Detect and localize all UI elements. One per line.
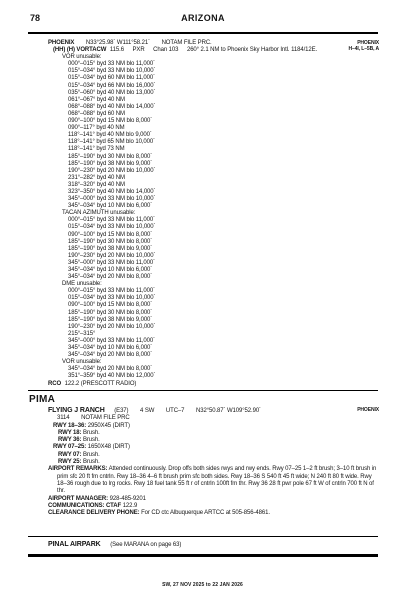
restriction-line: TACAN AZIMUTH unusable: [28, 210, 379, 217]
restriction-line: 345°–034° byd 20 NM blo 8,000´ [28, 352, 379, 359]
restriction-line: 185°–190° byd 38 NM blo 9,000´ [28, 246, 379, 253]
restriction-line: VOR unusable: [28, 54, 379, 61]
restriction-line: 015°–034° byd 66 NM blo 16,000´ [28, 83, 379, 90]
restriction-line: 000°–015° byd 33 NM blo 11,000´ [28, 217, 379, 224]
chart-reference-box: PHOENIX H–4I, L–5B, A [349, 40, 379, 53]
restriction-line: 345°–034° byd 10 NM blo 6,000´ [28, 203, 379, 210]
runway-line: RWY 25: Brush. [28, 459, 379, 466]
restriction-line: 015°–034° byd 60 NM blo 11,000´ [28, 75, 379, 82]
runway-line: RWY 18–36: 2950X45 (DIRT) [28, 423, 379, 430]
restriction-line: 185°–190° byd 30 NM blo 8,000´ [28, 310, 379, 317]
restriction-line: 190°–230° byd 20 NM blo 10,000´ [28, 253, 379, 260]
county-header: PIMA [29, 394, 55, 405]
restriction-line: 090°–100° byd 15 NM blo 8,000´ [28, 232, 379, 239]
state-title: ARIZONA [28, 13, 378, 23]
page-header: 78 ARIZONA [28, 13, 378, 25]
restriction-line: 035°–060° byd 40 NM blo 13,000´ [28, 90, 379, 97]
restriction-line: 118°–141° byd 73 NM [28, 146, 379, 153]
restriction-line: 090°–100° byd 15 NM blo 8,000´ [28, 118, 379, 125]
airport-entry: PHOENIX FLYING J RANCH (E37) 4 SW UTC–7 … [28, 407, 379, 517]
info-line: CLEARANCE DELIVERY PHONE: For CD ctc Alb… [28, 510, 379, 517]
restriction-line: 190°–230° byd 20 NM blo 10,000´ [28, 168, 379, 175]
restriction-line: 185°–190° byd 30 NM blo 8,000´ [28, 154, 379, 161]
restriction-line: 190°–230° byd 20 NM blo 10,000´ [28, 324, 379, 331]
chart-supplement-page: 78 ARIZONA PHOENIX H–4I, L–5B, A PHOENIX… [0, 0, 405, 612]
navaid-class-label: (HH) (H) VORTACW [53, 47, 106, 53]
restriction-line: 323°–350° byd 40 NM blo 14,000´ [28, 189, 379, 196]
restriction-line: 118°–141° byd 40 NM blo 9,000´ [28, 132, 379, 139]
restriction-line: 015°–034° byd 33 NM blo 10,000´ [28, 224, 379, 231]
navaid-coordinates: N33°25.98´ W111°58.21´ [86, 40, 150, 46]
restriction-line: 068°–088° byd 60 NM [28, 111, 379, 118]
restriction-line: 000°–015° byd 33 NM blo 11,000´ [28, 61, 379, 68]
header-rule [28, 32, 378, 34]
restriction-line: 090°–117° byd 40 NM [28, 125, 379, 132]
airport-info-list: AIRPORT REMARKS: Attended continuously. … [28, 466, 379, 517]
navaid-ident: PXR [133, 47, 145, 53]
airport-coordinates: N32°50.87´ W109°52.90´ [196, 408, 261, 414]
restriction-line: DME unusable: [28, 281, 379, 288]
section-end-rule [28, 554, 378, 557]
pinal-cross-reference: (See MARANA on page 63) [110, 542, 181, 548]
restriction-line: 090°–100° byd 15 NM blo 8,000´ [28, 302, 379, 309]
restriction-line: 345°–000° byd 33 NM blo 11,000´ [28, 338, 379, 345]
rco-label: RCO [48, 381, 61, 387]
navaid-title-line: PHOENIX N33°25.98´ W111°58.21´ NOTAM FIL… [28, 40, 379, 47]
restriction-line: 345°–034° byd 20 NM blo 8,000´ [28, 274, 379, 281]
field-elevation: 3114 [57, 415, 70, 421]
restriction-line: 015°–034° byd 33 NM blo 10,000´ [28, 68, 379, 75]
restriction-line: 351°–359° byd 40 NM blo 12,000´ [28, 373, 379, 380]
restriction-line: 345°–034° byd 10 NM blo 6,000´ [28, 267, 379, 274]
restriction-line: 000°–015° byd 33 NM blo 11,000´ [28, 288, 379, 295]
airport-ident: (E37) [114, 408, 128, 414]
airport-notam-file: NOTAM FILE PRC [81, 415, 130, 421]
utc-offset: UTC–7 [166, 408, 185, 414]
runway-list: RWY 18–36: 2950X45 (DIRT)RWY 18: Brush.R… [28, 423, 379, 467]
chart-refs: H–4I, L–5B, A [349, 46, 379, 52]
pima-section-rule [28, 390, 378, 391]
navaid-name: PHOENIX [48, 40, 74, 46]
navaid-radial-info: 260° 2.1 NM to Phoenix Sky Harbor Intl. … [187, 47, 317, 53]
restriction-line: 215°–315° [28, 331, 379, 338]
footer-effective-dates: SW, 27 NOV 2025 to 22 JAN 2026 [0, 582, 405, 588]
restriction-line: 345°–034° byd 20 NM blo 8,000´ [28, 366, 379, 373]
restriction-line: VOR unusable: [28, 359, 379, 366]
info-line: AIRPORT MANAGER: 928-485-9201 [28, 496, 379, 503]
runway-line: RWY 07: Brush. [28, 452, 379, 459]
restriction-line: 185°–190° byd 30 NM blo 8,000´ [28, 239, 379, 246]
navaid-ident-line: (HH) (H) VORTACW 115.6 PXR Chan 103 260°… [28, 47, 379, 54]
pinal-name: PINAL AIRPARK [48, 541, 101, 548]
info-line: AIRPORT REMARKS: Attended continuously. … [28, 466, 379, 495]
restriction-line: 345°–000° byd 33 NM blo 10,000´ [28, 196, 379, 203]
pinal-entry: PINAL AIRPARK (See MARANA on page 63) [28, 541, 379, 549]
airport-name: FLYING J RANCH [48, 407, 105, 414]
runway-line: RWY 07–25: 1650X48 (DIRT) [28, 444, 379, 451]
restriction-line: 318°–320° byd 40 NM [28, 182, 379, 189]
restriction-line: 231°–282° byd 40 NM [28, 175, 379, 182]
restriction-line: 068°–088° byd 40 NM blo 14,000´ [28, 104, 379, 111]
runway-line: RWY 36: Brush. [28, 437, 379, 444]
notam-file: NOTAM FILE PRC. [162, 40, 212, 46]
restriction-line: 185°–190° byd 38 NM blo 9,000´ [28, 161, 379, 168]
restriction-line: 118°–141° byd 65 NM blo 10,000´ [28, 139, 379, 146]
rco-text: 122.2 (PRESCOTT RADIO) [65, 381, 137, 387]
rco-line: RCO 122.2 (PRESCOTT RADIO) [28, 381, 379, 388]
airport-distance: 4 SW [140, 408, 154, 414]
runway-line: RWY 18: Brush. [28, 430, 379, 437]
restriction-line: 345°–000° byd 33 NM blo 11,000´ [28, 260, 379, 267]
info-line: COMMUNICATIONS: CTAF 122.9 [28, 503, 379, 510]
phoenix-navaid-entry: PHOENIX H–4I, L–5B, A PHOENIX N33°25.98´… [28, 40, 379, 388]
restriction-line: 345°–034° byd 10 NM blo 6,000´ [28, 345, 379, 352]
restriction-line: 061°–067° byd 40 NM [28, 97, 379, 104]
restriction-line: 015°–034° byd 33 NM blo 10,000´ [28, 295, 379, 302]
restriction-line: 185°–190° byd 38 NM blo 9,000´ [28, 317, 379, 324]
airport-elevation-line: 3114 NOTAM FILE PRC [28, 415, 379, 422]
navaid-channel: Chan 103 [153, 47, 178, 53]
airport-title-line: FLYING J RANCH (E37) 4 SW UTC–7 N32°50.8… [28, 407, 379, 415]
navaid-frequency: 115.6 [110, 47, 124, 53]
restriction-list: VOR unusable:000°–015° byd 33 NM blo 11,… [28, 54, 379, 380]
pinal-top-rule [28, 536, 378, 537]
